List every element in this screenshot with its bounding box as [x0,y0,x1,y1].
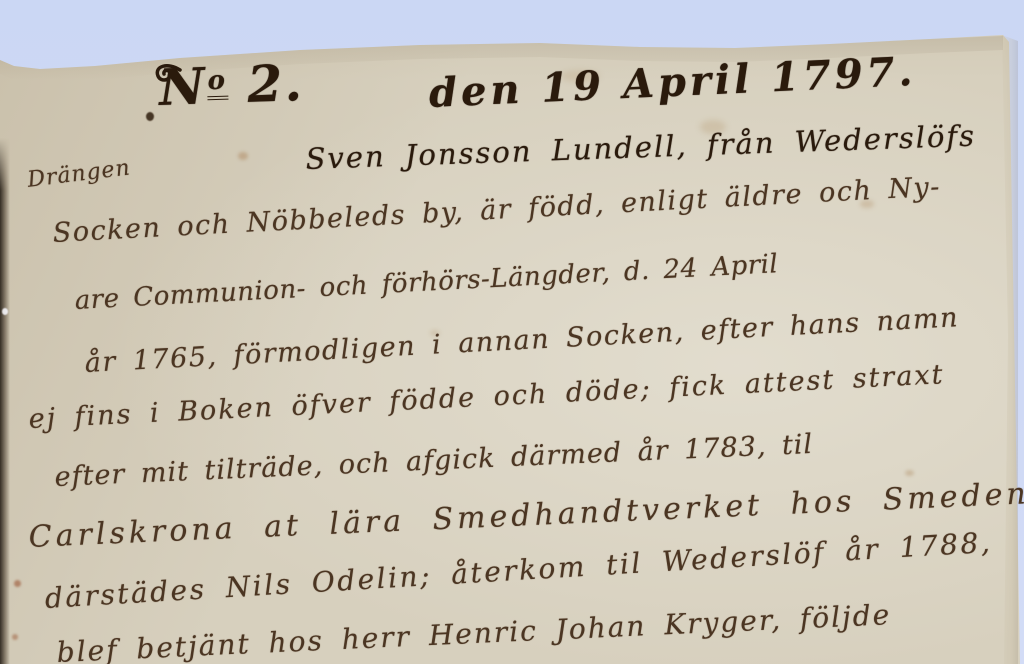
record-number-letter: N [158,56,208,117]
record-number-ordinal: o [206,66,229,101]
book-spine-shadow [0,138,10,664]
scan-background: No 2. den 19 April 1797. Drängen Sven Jo… [0,0,1024,664]
record-number: No 2. [158,53,305,117]
record-number-value: 2. [246,53,304,114]
